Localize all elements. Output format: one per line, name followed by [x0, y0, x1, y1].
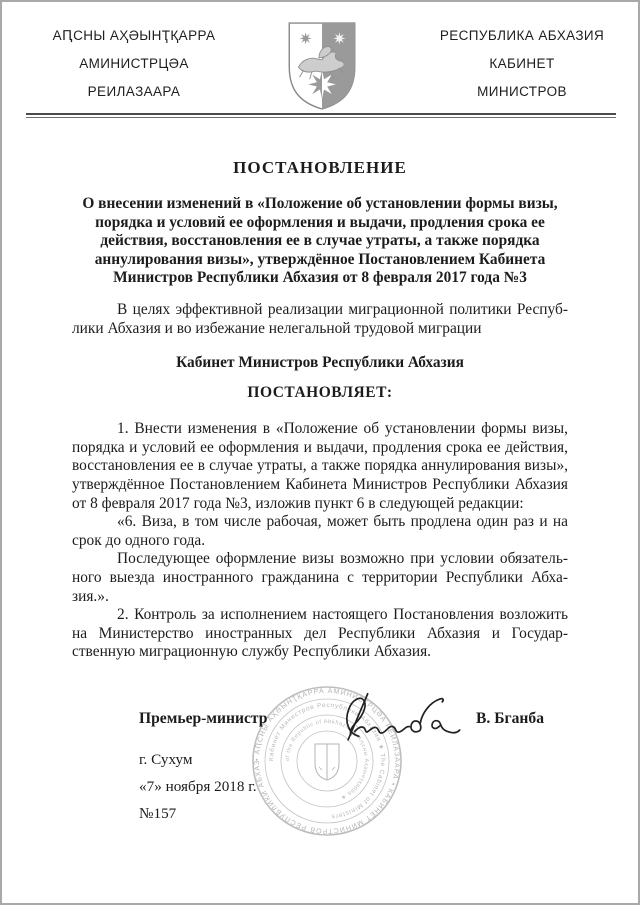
text-line: В целях эффективной реализации миграцион…: [72, 301, 568, 320]
document-title: ПОСТАНОВЛЕНИЕ: [2, 158, 638, 178]
premier-label: Премьер-министр: [139, 710, 267, 728]
signatory-name: В. Бганба: [476, 710, 568, 728]
text-line: 2. Контроль за исполнением настоящего По…: [72, 606, 568, 625]
text-line: «6. Виза, в том числе рабочая, может быт…: [72, 513, 568, 532]
subject-line: действия, восстановления ее в случае утр…: [63, 232, 578, 251]
coat-of-arms-icon: [285, 21, 359, 114]
stamp-center-emblem: [315, 744, 339, 780]
letterhead-left-line: АԤСНЫ АҲӘЫНҬҚАРРА: [28, 22, 240, 50]
subject-line: порядка и условий ее оформления и выдачи…: [63, 214, 578, 233]
body-text: 1. Внести изменения в «Положение об уста…: [72, 420, 568, 662]
text-line: от 8 февраля 2017 года №3, изложив пункт…: [72, 495, 568, 514]
date-line: «7» ноября 2018 г.: [139, 773, 257, 800]
subject-line: аннулирования визы», утверждённое Постан…: [63, 251, 578, 270]
subject-line: О внесении изменений в «Положение об уст…: [63, 195, 578, 214]
text-line: утверждённое Постановлением Кабинета Мин…: [72, 476, 568, 495]
letterhead-right-line: МИНИСТРОВ: [416, 78, 628, 106]
document-subject: О внесении изменений в «Положение об уст…: [63, 195, 578, 288]
letterhead-left: АԤСНЫ АҲӘЫНҬҚАРРА АМИНИСТРЦӘА РЕИЛАЗААРА: [28, 22, 240, 106]
text-line: восстановления ее в случае утраты, а так…: [72, 457, 568, 476]
signature-row: Премьер-министр В. Бганба: [139, 710, 568, 728]
resolve-line: ПОСТАНОВЛЯЕТ:: [2, 384, 638, 402]
subject-line: Министров Республики Абхазия от 8 феврал…: [63, 269, 578, 288]
letterhead-right-line: КАБИНЕТ: [416, 50, 628, 78]
text-line: ственную миграционную службу Республики …: [72, 643, 568, 662]
letterhead: АԤСНЫ АҲӘЫНҬҚАРРА АМИНИСТРЦӘА РЕИЛАЗААРА: [2, 2, 638, 108]
number-line: №157: [139, 800, 257, 827]
letterhead-left-line: АМИНИСТРЦӘА: [28, 50, 240, 78]
place-line: г. Сухум: [139, 746, 257, 773]
letterhead-left-line: РЕИЛАЗААРА: [28, 78, 240, 106]
document-meta: г. Сухум «7» ноября 2018 г. №157: [139, 746, 257, 827]
signature-block: • АԤСНЫ АҲӘЫНҬҚАРРА АМИНИСТРЦӘА РЕИЛАЗАА…: [2, 662, 638, 902]
letterhead-right-line: РЕСПУБЛИКА АБХАЗИЯ: [416, 22, 628, 50]
text-line: порядка и условий ее оформления и выдачи…: [72, 439, 568, 458]
document-page: АԤСНЫ АҲӘЫНҬҚАРРА АМИНИСТРЦӘА РЕИЛАЗААРА: [0, 0, 640, 905]
text-line: 1. Внести изменения в «Положение об уста…: [72, 420, 568, 439]
authority-line: Кабинет Министров Республики Абхазия: [2, 354, 638, 372]
text-line: Последующее оформление визы возможно при…: [72, 550, 568, 569]
preamble: В целях эффективной реализации миграцион…: [72, 301, 568, 338]
text-line: зия.».: [72, 588, 568, 607]
text-line: лики Абхазия и во избежание нелегальной …: [72, 320, 568, 339]
text-line: ного выезда иностранного гражданина с те…: [72, 569, 568, 588]
text-line: срок до одного года.: [72, 532, 568, 551]
text-line: на Министерство иностранных дел Республи…: [72, 625, 568, 644]
letterhead-right: РЕСПУБЛИКА АБХАЗИЯ КАБИНЕТ МИНИСТРОВ: [416, 22, 628, 106]
